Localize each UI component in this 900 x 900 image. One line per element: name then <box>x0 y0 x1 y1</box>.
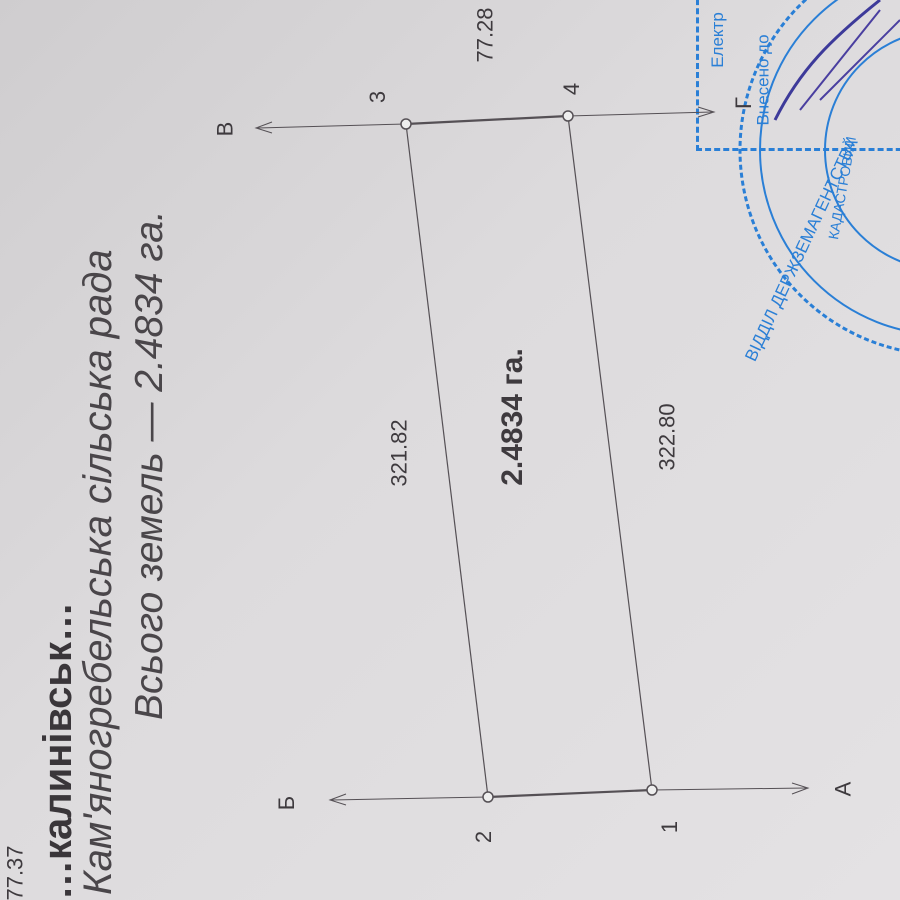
side-length-3-4: 77.28 <box>473 7 499 62</box>
neighbour-label-b: Б <box>274 796 300 810</box>
point-label-3: 3 <box>365 91 391 103</box>
point-3-marker <box>401 119 411 129</box>
neighbour-label-g: Г <box>731 97 757 109</box>
neighbour-label-a: А <box>830 782 856 797</box>
point-1-marker <box>647 785 657 795</box>
side-length-1-4: 322.80 <box>655 403 681 470</box>
point-2-marker <box>483 792 493 802</box>
side-length-1-2: 77.37 <box>3 845 29 900</box>
point-label-2: 2 <box>471 831 497 843</box>
point-4-marker <box>563 111 573 121</box>
side-length-2-3: 321.82 <box>387 419 413 486</box>
point-label-4: 4 <box>559 83 585 95</box>
neighbour-label-v: В <box>212 122 238 137</box>
land-plot-plan <box>0 0 900 900</box>
point-label-1: 1 <box>657 821 683 833</box>
plot-area-label: 2.4834 га. <box>496 348 530 486</box>
